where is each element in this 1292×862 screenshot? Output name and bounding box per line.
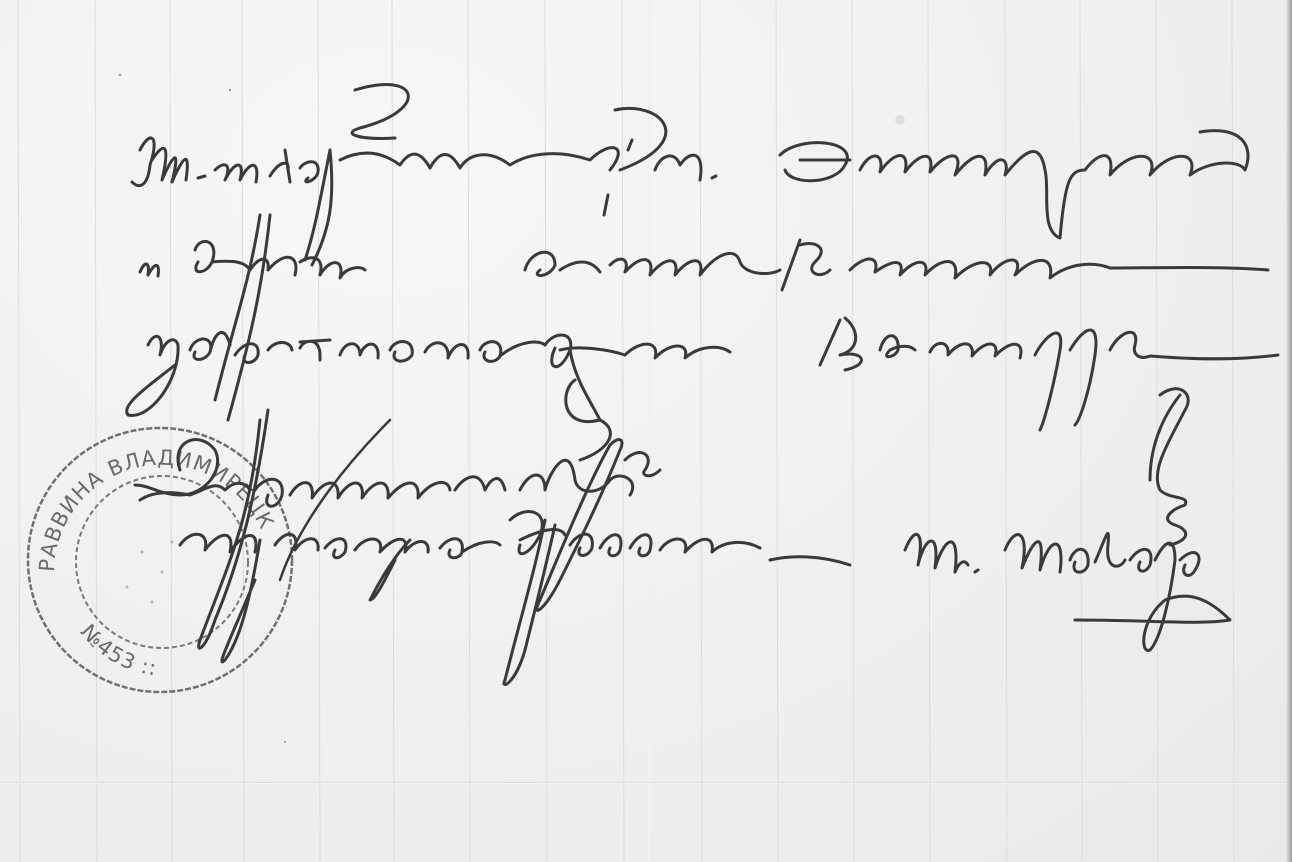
document-sheet: РАВВИНА ВЛАДИМИРЕЦКАГО УЧАСТ. ДИЦ. №453 … bbox=[0, 0, 1292, 862]
transcription-line-2: и другихъ въ числѣ 12 человѣкъ bbox=[130, 235, 831, 281]
handwriting-line-2 bbox=[140, 195, 1268, 420]
transcription-line-3: удостовѣряю 15 мая 1912 г. bbox=[130, 320, 753, 366]
transcription-line-1: Ш. М. Тузмана, Я. Эпельбаума bbox=[130, 135, 785, 181]
signature: Ш. Шабага bbox=[900, 525, 1133, 571]
signature-strokes bbox=[905, 389, 1230, 651]
handwriting bbox=[0, 0, 1292, 862]
transcription-line-5: Участковый Раввинъ bbox=[170, 525, 626, 571]
transcription-line-4: Владимирецкій bbox=[130, 460, 458, 506]
